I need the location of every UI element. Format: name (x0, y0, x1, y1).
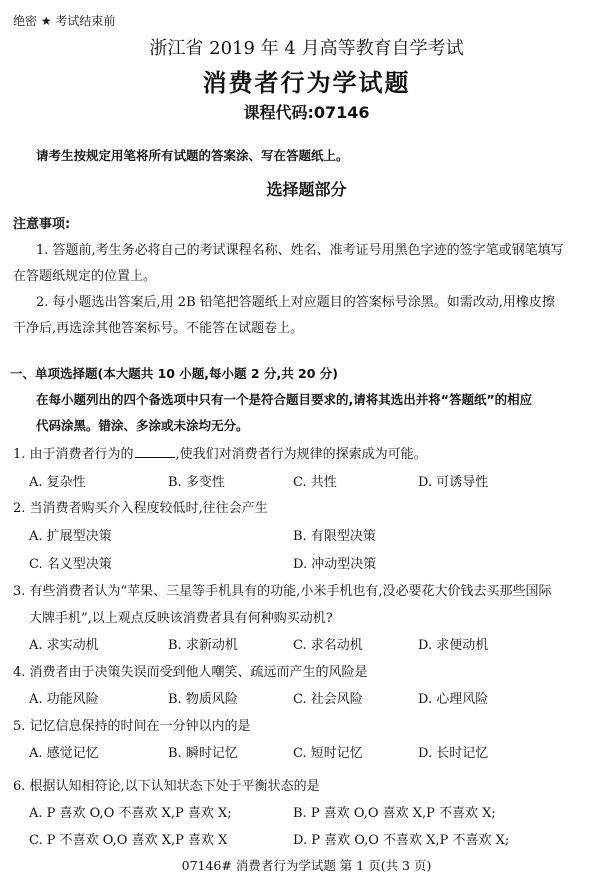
q3-option-b: B. 求新动机 (168, 634, 238, 653)
fill-blank (135, 446, 175, 458)
note-2-line2: 干净后,再选涂其他答案标号。不能答在试题卷上。 (13, 317, 303, 336)
q2-option-c: C. 名义型决策 (29, 553, 112, 572)
page-footer: 07146# 消费者行为学试题 第 1 页(共 3 页) (0, 856, 613, 874)
q1-option-d: D. 可诱导性 (418, 471, 488, 490)
question-2-stem: 2. 当消费者购买介入程度较低时,往往会产生 (13, 497, 268, 516)
question-3-stem-line1: 3. 有些消费者认为“苹果、三星等手机具有的功能,小米手机也有,没必要花大价钱去… (13, 580, 551, 599)
q4-option-a: A. 功能风险 (29, 688, 99, 707)
notes-title: 注意事项: (13, 213, 70, 232)
question-3-stem-line2: 大牌手机”,以上观点反映该消费者具有何种购买动机? (29, 607, 333, 626)
q1-option-c: C. 共性 (293, 471, 337, 490)
q1-option-a: A. 复杂性 (29, 471, 86, 490)
part1-desc-line1: 在每小题列出的四个备选项中只有一个是符合题目要求的,请将其选出并将“答题纸”的相… (36, 390, 532, 408)
q2-option-b: B. 有限型决策 (293, 525, 376, 544)
q4-option-c: C. 社会风险 (293, 688, 363, 707)
answer-instruction: 请考生按规定用笔将所有试题的答案涂、写在答题纸上。 (36, 146, 349, 164)
note-1-line2: 在答题纸规定的位置上。 (13, 265, 156, 284)
q4-option-b: B. 物质风险 (168, 688, 238, 707)
course-code: 课程代码:07146 (0, 100, 613, 123)
question-1-stem-post: ,使我们对消费者行为规律的探索成为可能。 (176, 447, 427, 462)
q2-option-d: D. 冲动型决策 (293, 553, 376, 572)
section-title: 选择题部分 (0, 177, 613, 200)
q4-option-d: D. 心理风险 (418, 688, 488, 707)
exam-name: 浙江省 2019 年 4 月高等教育自学考试 (0, 34, 613, 60)
question-1-stem: 1. 由于消费者行为的,使我们对消费者行为规律的探索成为可能。 (13, 443, 427, 462)
confidential-label: 绝密 ★ 考试结束前 (13, 12, 115, 29)
q6-option-d: D. P 喜欢 O,O 不喜欢 X,P 不喜欢 X; (293, 829, 509, 848)
paper-title: 消费者行为学试题 (0, 63, 613, 98)
q6-option-a: A. P 喜欢 O,O 不喜欢 X,P 喜欢 X; (29, 802, 232, 821)
q2-option-a: A. 扩展型决策 (29, 525, 112, 544)
q5-option-b: B. 瞬时记忆 (168, 742, 238, 761)
question-4-stem: 4. 消费者由于决策失误而受到他人嘲笑、疏远而产生的风险是 (13, 661, 368, 680)
q3-option-a: A. 求实动机 (29, 634, 99, 653)
q3-option-c: C. 求名动机 (293, 634, 363, 653)
q3-option-d: D. 求便动机 (418, 634, 488, 653)
question-1-stem-pre: 1. 由于消费者行为的 (13, 447, 134, 462)
q5-option-a: A. 感觉记忆 (29, 742, 99, 761)
q5-option-c: C. 短时记忆 (293, 742, 363, 761)
note-2-line1: 2. 每小题选出答案后,用 2B 铅笔把答题纸上对应题目的答案标号涂黑。如需改动… (36, 291, 555, 310)
part1-desc-line2: 代码涂黑。错涂、多涂或未涂均无分。 (36, 416, 249, 434)
part1-heading: 一、单项选择题(本大题共 10 小题,每小题 2 分,共 20 分) (10, 364, 338, 382)
note-1-line1: 1. 答题前,考生务必将自己的考试课程名称、姓名、准考证号用黑色字迹的签字笔或钢… (36, 239, 564, 258)
q5-option-d: D. 长时记忆 (418, 742, 488, 761)
q6-option-b: B. P 喜欢 O,O 喜欢 X,P 不喜欢 X; (293, 802, 496, 821)
q1-option-b: B. 多变性 (168, 471, 225, 490)
question-5-stem: 5. 记忆信息保持的时间在一分钟以内的是 (13, 715, 251, 734)
question-6-stem: 6. 根据认知相符论,以下认知状态下处于平衡状态的是 (13, 775, 320, 794)
q6-option-c: C. P 不喜欢 O,O 喜欢 X,P 喜欢 X (29, 829, 227, 848)
